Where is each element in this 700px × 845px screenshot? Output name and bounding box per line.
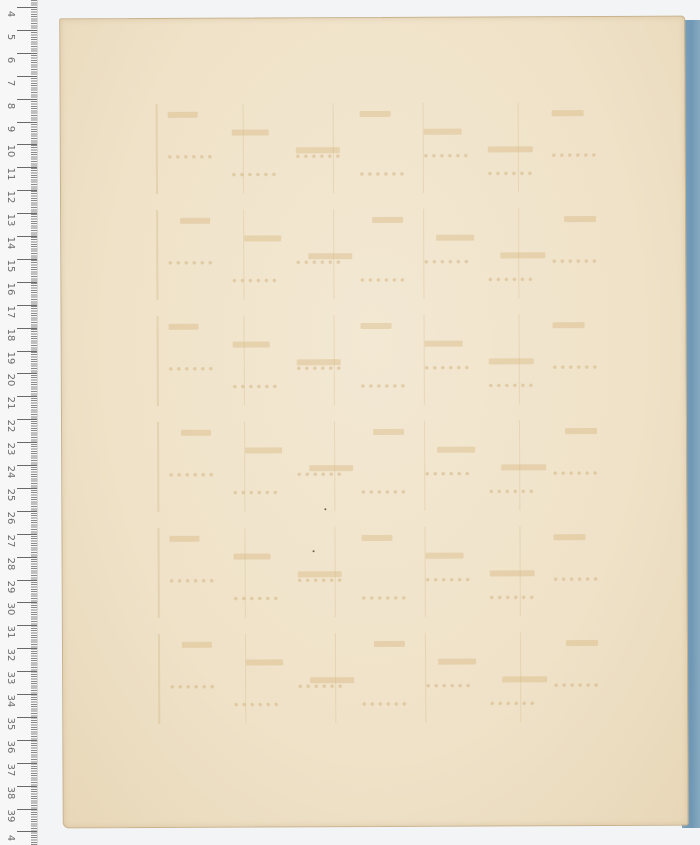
music-show-through — [156, 102, 624, 744]
show-through-notes — [295, 471, 343, 477]
show-through-beam — [553, 534, 585, 540]
show-through-beam — [565, 428, 597, 434]
show-through-beam — [500, 252, 545, 258]
ruler-number: 30 — [5, 601, 15, 617]
show-through-beam — [361, 535, 392, 541]
show-through-notes — [488, 700, 536, 706]
show-through-notes — [167, 366, 215, 372]
show-through-notes — [358, 171, 406, 177]
show-through-beam — [233, 341, 270, 347]
paper-speck — [313, 550, 315, 552]
show-through-beam — [360, 111, 391, 117]
ruler-number: 4 — [5, 6, 15, 22]
show-through-notes — [232, 595, 280, 601]
ruler-major-tick — [17, 740, 37, 741]
ruler-number: 8 — [5, 98, 15, 114]
show-through-beam — [169, 324, 199, 330]
show-through-beam — [436, 235, 474, 241]
ruler-major-tick — [17, 144, 37, 145]
ruler-major-tick — [17, 557, 37, 558]
show-through-beam — [232, 129, 269, 135]
show-through-notes — [230, 277, 278, 283]
show-through-notes — [423, 365, 471, 371]
ruler-major-tick — [17, 511, 37, 512]
ruler-major-tick — [17, 763, 37, 764]
show-through-beam — [426, 553, 464, 559]
ruler-number: 32 — [5, 647, 15, 663]
ruler-number: 27 — [5, 533, 15, 549]
show-through-notes — [167, 472, 215, 478]
ruler-major-tick — [17, 236, 37, 237]
show-through-notes — [168, 684, 216, 690]
ruler-number: 24 — [5, 464, 15, 480]
show-through-notes — [166, 154, 214, 160]
show-through-barline — [244, 422, 245, 512]
show-through-beam — [180, 218, 210, 224]
ruler-number: 9 — [5, 121, 15, 137]
show-through-system — [156, 102, 623, 194]
ruler-major-tick — [17, 717, 37, 718]
show-through-notes — [486, 276, 534, 282]
ruler-major-tick — [17, 122, 37, 123]
ruler-number: 26 — [5, 510, 15, 526]
show-through-notes — [551, 470, 599, 476]
show-through-beam — [182, 642, 212, 648]
show-through-notes — [423, 471, 471, 477]
ruler-number: 16 — [5, 281, 15, 297]
ruler-number: 13 — [5, 212, 15, 228]
show-through-barline — [245, 634, 246, 724]
paper-speck — [324, 508, 326, 510]
ruler-number: 23 — [5, 441, 15, 457]
ruler-number: 35 — [5, 716, 15, 732]
show-through-notes — [359, 489, 407, 495]
show-through-beam — [438, 659, 476, 665]
measuring-ruler: 4567891011121314151617181920212223242526… — [0, 0, 38, 845]
show-through-notes — [294, 259, 342, 265]
show-through-beam — [501, 464, 546, 470]
show-through-barline — [423, 103, 424, 193]
show-through-barline — [243, 104, 244, 194]
show-through-beam — [553, 322, 585, 328]
show-through-barline — [424, 421, 425, 511]
show-through-beam — [564, 216, 596, 222]
ruler-number: 22 — [5, 418, 15, 434]
ruler-number: 20 — [5, 372, 15, 388]
show-through-beam — [488, 146, 533, 152]
show-through-notes — [166, 260, 214, 266]
show-through-notes — [487, 382, 535, 388]
show-through-notes — [422, 153, 470, 159]
ruler-major-tick — [17, 831, 37, 832]
show-through-beam — [424, 129, 462, 135]
ruler-number: 12 — [5, 189, 15, 205]
ruler-major-tick — [17, 7, 37, 8]
show-through-notes — [552, 576, 600, 582]
show-through-notes — [550, 152, 598, 158]
ruler-major-tick — [17, 99, 37, 100]
show-through-system — [158, 632, 625, 724]
show-through-beam — [489, 358, 534, 364]
show-through-barline — [423, 209, 424, 299]
show-through-beam — [437, 447, 475, 453]
show-through-barline — [244, 528, 245, 618]
ruler-major-tick — [17, 373, 37, 374]
ruler-number: 34 — [5, 693, 15, 709]
ruler-major-tick — [17, 76, 37, 77]
ruler-major-tick — [17, 671, 37, 672]
ruler-number: 15 — [5, 258, 15, 274]
show-through-beam — [246, 659, 283, 665]
show-through-beam — [374, 641, 405, 647]
show-through-notes — [487, 488, 535, 494]
ruler-major-tick — [17, 465, 37, 466]
show-through-barline — [425, 633, 426, 723]
ruler-major-tick — [17, 534, 37, 535]
ruler-number: 29 — [5, 579, 15, 595]
show-through-beam — [244, 235, 281, 241]
show-through-system — [156, 208, 623, 300]
show-through-barline — [244, 316, 245, 406]
show-through-beam — [372, 217, 403, 223]
ruler-number: 28 — [5, 556, 15, 572]
show-through-notes — [231, 489, 279, 495]
show-through-beam — [361, 323, 392, 329]
ruler-number: 33 — [5, 670, 15, 686]
show-through-notes — [230, 171, 278, 177]
ruler-major-tick — [17, 30, 37, 31]
ruler-major-tick — [17, 53, 37, 54]
ruler-number: 19 — [5, 350, 15, 366]
show-through-beam — [169, 536, 199, 542]
ruler-major-tick — [17, 282, 37, 283]
ruler-major-tick — [17, 602, 37, 603]
show-through-beam — [552, 110, 584, 116]
ruler-number: 31 — [5, 624, 15, 640]
show-through-notes — [295, 365, 343, 371]
show-through-notes — [294, 153, 342, 159]
show-through-barline — [243, 210, 244, 300]
ruler-major-tick — [17, 419, 37, 420]
ruler-major-tick — [17, 167, 37, 168]
ruler-major-tick — [17, 580, 37, 581]
ruler-number: 36 — [5, 739, 15, 755]
show-through-notes — [359, 383, 407, 389]
show-through-notes — [360, 595, 408, 601]
ruler-major-tick — [17, 786, 37, 787]
show-through-beam — [168, 112, 198, 118]
show-through-notes — [424, 577, 472, 583]
ruler-number: 10 — [5, 143, 15, 159]
show-through-notes — [551, 364, 599, 370]
show-through-barline — [424, 315, 425, 405]
ruler-major-tick — [17, 190, 37, 191]
show-through-notes — [424, 683, 472, 689]
ruler-number: 21 — [5, 395, 15, 411]
ruler-ticks — [23, 0, 37, 845]
ruler-major-tick — [17, 396, 37, 397]
show-through-beam — [502, 676, 547, 682]
ruler-number: 25 — [5, 487, 15, 503]
ruler-major-tick — [17, 442, 37, 443]
show-through-beam — [234, 553, 271, 559]
show-through-notes — [486, 170, 534, 176]
show-through-notes — [552, 682, 600, 688]
show-through-notes — [296, 683, 344, 689]
ruler-major-tick — [17, 328, 37, 329]
ruler-major-tick — [17, 488, 37, 489]
show-through-notes — [232, 701, 280, 707]
ruler-major-tick — [17, 305, 37, 306]
show-through-beam — [373, 429, 404, 435]
show-through-barline — [424, 527, 425, 617]
show-through-system — [157, 314, 624, 406]
ruler-major-tick — [17, 259, 37, 260]
ruler-major-tick — [17, 648, 37, 649]
show-through-beam — [425, 341, 463, 347]
ruler-major-tick — [17, 351, 37, 352]
show-through-beam — [566, 640, 598, 646]
show-through-notes — [168, 578, 216, 584]
show-through-system — [157, 420, 624, 512]
show-through-notes — [296, 577, 344, 583]
ruler-number: 4 — [5, 830, 15, 845]
paper-sheet — [59, 16, 689, 829]
ruler-number: 17 — [5, 304, 15, 320]
ruler-number: 7 — [5, 75, 15, 91]
ruler-number: 39 — [5, 808, 15, 824]
show-through-notes — [358, 277, 406, 283]
show-through-notes — [488, 594, 536, 600]
show-through-beam — [245, 447, 282, 453]
ruler-major-tick — [17, 694, 37, 695]
show-through-beam — [490, 570, 535, 576]
show-through-notes — [550, 258, 598, 264]
ruler-major-tick — [17, 625, 37, 626]
ruler-number: 11 — [5, 166, 15, 182]
ruler-number: 14 — [5, 235, 15, 251]
show-through-beam — [181, 430, 211, 436]
ruler-number: 6 — [5, 52, 15, 68]
ruler-number: 38 — [5, 785, 15, 801]
show-through-notes — [422, 259, 470, 265]
ruler-major-tick — [17, 213, 37, 214]
show-through-notes — [360, 701, 408, 707]
ruler-major-tick — [17, 809, 37, 810]
ruler-number: 18 — [5, 327, 15, 343]
show-through-system — [157, 526, 624, 618]
ruler-number: 5 — [5, 29, 15, 45]
ruler-number: 37 — [5, 762, 15, 778]
show-through-notes — [231, 383, 279, 389]
